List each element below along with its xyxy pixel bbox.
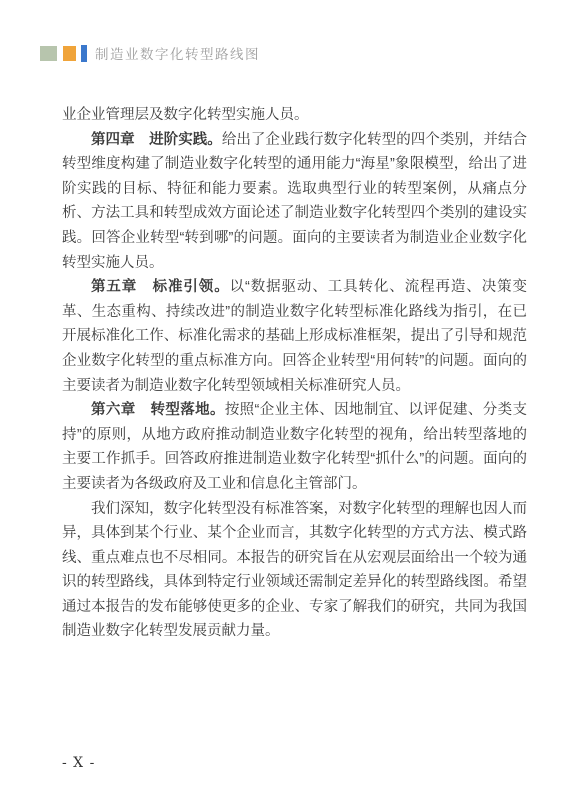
paragraph-text: 我们深知，数字化转型没有标准答案，对数字化转型的理解也因人而异，具体到某个行业、… (62, 501, 527, 640)
document-page: 制造业数字化转型路线图 业企业管理层及数字化转型实施人员。 第四章 进阶实践。给… (0, 0, 586, 807)
header-marker-blue-icon (81, 45, 87, 62)
paragraph-closing: 我们深知，数字化转型没有标准答案，对数字化转型的理解也因人而异，具体到某个行业、… (62, 497, 527, 645)
header-marker-green-icon (40, 46, 57, 61)
paragraph-text: 业企业管理层及数字化转型实施人员。 (62, 107, 309, 123)
paragraph-chapter6: 第六章 转型落地。按照“企业主体、因地制宜、以评促建、分类支持”的原则，从地方政… (62, 398, 527, 496)
header-marker-orange-icon (63, 46, 76, 61)
paragraph-heading: 第四章 进阶实践。 (91, 132, 222, 148)
header-title: 制造业数字化转型路线图 (95, 43, 260, 63)
paragraph-chapter5: 第五章 标准引领。以“数据驱动、工具转化、流程再造、决策变革、生态重构、持续改进… (62, 275, 527, 398)
paragraph-text: 以“数据驱动、工具转化、流程再造、决策变革、生态重构、持续改进”的制造业数字化转… (62, 279, 527, 393)
paragraph-continuation: 业企业管理层及数字化转型实施人员。 (62, 103, 527, 128)
document-body: 业企业管理层及数字化转型实施人员。 第四章 进阶实践。给出了企业践行数字化转型的… (62, 103, 527, 644)
paragraph-heading: 第六章 转型落地。 (91, 402, 225, 418)
running-header: 制造业数字化转型路线图 (40, 44, 260, 62)
page-number: - X - (62, 755, 95, 771)
paragraph-heading: 第五章 标准引领。 (91, 279, 230, 295)
paragraph-text: 给出了企业践行数字化转型的四个类别，并结合转型维度构建了制造业数字化转型的通用能… (62, 132, 527, 271)
paragraph-chapter4: 第四章 进阶实践。给出了企业践行数字化转型的四个类别，并结合转型维度构建了制造业… (62, 128, 527, 276)
